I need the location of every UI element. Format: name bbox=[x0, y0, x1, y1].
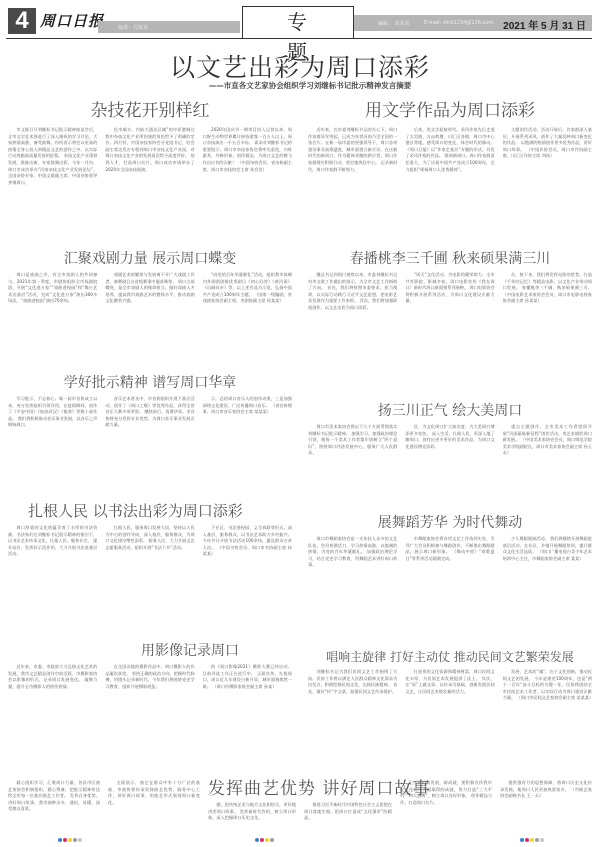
column-text: 示，总结周口音乐人的创作成果，三是加强网络文化建设，广泛传播周口音乐。 （省音协… bbox=[203, 396, 292, 416]
column-text: 继总书记到周口视察以来，市委刘继标书记对市文联工作做出的批示，为全市文艺工作指明… bbox=[308, 272, 397, 312]
registration-marks bbox=[255, 838, 274, 842]
reg-dot-magenta bbox=[260, 838, 264, 842]
column-text: 化市域水、内陆大通达区域”的中原港城过程中杂技文化产业所扮演的角色给予了明确的定… bbox=[105, 127, 194, 173]
column-text: “向党的百年华诞献礼”活动，组织我市体制内外剧团创排优秀剧目《初心问答》《黄河谣… bbox=[203, 272, 292, 305]
column-text: 办，接下来，我们将发挥电影的优势，打造《千年的记忆》等精品电影，以文化产业带动周… bbox=[503, 272, 592, 305]
article-column: 周口是戏曲之乡，有全市戏剧人的共同参与。2021年第一季度，市剧协组织全市戏剧院… bbox=[8, 272, 97, 360]
article-column: 的《周口影像2021》摄影大赛已经启动，目前评选工作正在进行中。 正面宣传，扎根… bbox=[203, 664, 292, 760]
article-title-block: 发挥曲艺优势 讲好周口故事 题，把传统艺术与地方文化相结合，更好地讲述周口故事。… bbox=[208, 780, 392, 842]
column-text: 音乐艺术普及中，市音协组织开展下基层活动，创作了《周口之歌》等优秀作品，获得全省… bbox=[105, 396, 194, 429]
article-column: 近年来，在市委刘继标书记的关心下，周口作家群异军突起，已成为享誉河南乃至全国的一… bbox=[308, 127, 397, 237]
column-text: 全面展示，曲艺在群众中有十分广泛的基础，市曲协要传承发扬曲艺优势，服务中心工作，… bbox=[108, 780, 200, 806]
article-column: 区，为文化周口扩大知名度，为大美周口增添更多亮色。 深入生活，扎根人民，更深入地… bbox=[405, 424, 494, 502]
article-column: 在全国各地的摄影作品中，周口摄影人的作品屡次获奖。 坚持正确的政治方向，把握时代… bbox=[105, 664, 194, 760]
article-title: 扬三川正气 绘大美周口 bbox=[308, 400, 592, 420]
column-text: 后来，用文学迎接时代。采风作家先后走进了太昊陵、万亩荷塘、川汇区各镇、周口市中心… bbox=[405, 127, 494, 173]
article-column: 音乐艺术普及中，市音协组织开展下基层活动，创作了《周口之歌》等优秀作品，获得全省… bbox=[105, 396, 194, 484]
reg-dot-light bbox=[540, 838, 544, 842]
article-title: 杂技花开别样红 bbox=[8, 96, 292, 121]
article-column: 重点主题创作，全市美术工作者组织开展“风雨砥砺新征程”创作活动，用艺术描绘周口新… bbox=[503, 424, 592, 502]
masthead-right-bar: 编辑 ：周某某 E-mail: zkrb1234@126.com 2021 年 … bbox=[354, 15, 592, 31]
article-column: 主题创作活动。活动开展后，作家群深入基层，开展系列采风，创作了大量反映周口新变化… bbox=[503, 127, 592, 237]
column-text: 重点主题创作，全市美术工作者组织开展“风雨砥砺新征程”创作活动，用艺术描绘周口新… bbox=[503, 424, 592, 457]
reg-dot-cyan bbox=[58, 838, 62, 842]
column-text: 市舞蹈家协会将各项文艺工作落到实处，引导广大会员积极参与舞蹈创作，不断推出舞蹈精… bbox=[405, 536, 494, 562]
article-column: 打造贵的文化资源和精神财富，周口民间文化丰厚，为民间艺术发展提供了沃土。 其次，… bbox=[405, 669, 494, 757]
article-column: 扎根人民，服务周口发展大局，坚持以人民为中心的创作导向，深入基层，服务群众，为周… bbox=[105, 525, 194, 621]
article-column: 周口厚重的文化底蕴孕育了丰厚的书法资源，书法家们在刘继标书记批示精神的指引下，以… bbox=[8, 525, 97, 621]
article-title: 展舞蹈芳华 为时代舞动 bbox=[308, 512, 592, 532]
article-fine-arts: 扬三川正气 绘大美周口 周口市美术家协会将以下几个方面贯彻落实刘继标书记批示精神… bbox=[308, 400, 592, 500]
article-column: 化市域水、内陆大通达区域”的中原港城过程中杂技文化产业所扮演的角色给予了明确的定… bbox=[105, 127, 194, 237]
column-text: 近年来，在市委刘继标书记的关心下，周口作家群异军突起，已成为享誉河南乃至全国的一… bbox=[308, 127, 397, 173]
article-column: 周口市舞蹈家协会是一支年轻人众多的文艺队伍，会员充满活力，学习热情高涨。以饱满的… bbox=[308, 536, 397, 630]
article-column: 后来，用文学迎接时代。采风作家先后走进了太昊陵、万亩荷塘、川汇区各镇、周口市中心… bbox=[405, 127, 494, 237]
article-photography: 用影像记录周口 近年来，市委、市政府大力弘扬文化艺术的发展，我市文艺精品创作空前… bbox=[8, 640, 292, 758]
column-text: 主题创作活动。活动开展后，作家群深入基层，开展系列采风，创作了大量反映周口新变化… bbox=[503, 127, 592, 160]
article-acrobatics: 杂技花开别样红 市文联召开刘继标书记批示精神座谈会后，全市文学艺术界进行了深入细… bbox=[8, 96, 292, 236]
article-column: 全面展示，曲艺在群众中有十分广泛的基础，市曲协要传承发扬曲艺优势，服务中心工作，… bbox=[108, 780, 200, 842]
article-column: 推进习近平新时代中国特色社会主义思想在周口落地生根，把周口打造成“文化强市”的精… bbox=[304, 802, 392, 842]
column-text: 推进习近平新时代中国特色社会主义思想在周口落地生根，把周口打造成“文化强市”的精… bbox=[304, 802, 392, 822]
column-text: “周天”文化活动，为电影的繁荣助力。全市共有影院、影城多家，周口电影宣传《我在周… bbox=[405, 272, 494, 305]
article-folk-performing-arts: 精心组织学习，汇聚周口力量，各县市区曲艺家协会积极组织，精心筹备，把批示精神传达… bbox=[8, 780, 592, 842]
reg-dot-cyan bbox=[255, 838, 259, 842]
article-folk-arts: 唱响主旋律 打好主动仗 推动民间文艺繁荣发展 刘继标书记为我们民间文艺工作指明了… bbox=[308, 648, 592, 758]
column-text: 2020年国庆节一期项目投入运营以来，周口野生动物世界累计接待游客一百万人以上。… bbox=[203, 127, 292, 173]
page-headline: 以文艺出彩为周口添彩 bbox=[0, 48, 600, 84]
article-column: 精心组织学习，汇聚周口力量，各县市区曲艺家协会积极组织，精心筹备，把批示精神传达… bbox=[8, 780, 100, 842]
section-label: 专题 bbox=[242, 6, 354, 38]
reg-dot-gray bbox=[73, 838, 77, 842]
article-column: “周天”文化活动，为电影的繁荣助力。全市共有影院、影城多家，周口电影宣传《我在周… bbox=[405, 272, 494, 380]
column-text: 周口是戏曲之乡，有全市戏剧人的共同参与。2021年第一季度，市剧协组织全市戏剧院… bbox=[8, 272, 97, 305]
reg-dot-yellow bbox=[68, 838, 72, 842]
reg-dot-gray bbox=[270, 838, 274, 842]
reg-dot-light bbox=[78, 838, 82, 842]
column-text: 少儿舞蹈展演活动。 我们将继续开展舞蹈进基层活动，在社区、乡镇开展舞蹈培训，提升… bbox=[503, 536, 592, 562]
article-title: 唱响主旋律 打好主动仗 推动民间文艺繁荣发展 bbox=[308, 648, 592, 665]
masthead-left-bar-text: 编委：周某某 bbox=[118, 24, 148, 31]
column-text: 发展，艺术的“魂”，在于文化创新，推动民间文艺的发展。 今年是建党100周年，也… bbox=[503, 669, 592, 702]
column-text: 周口厚重的文化底蕴孕育了丰厚的书法资源，书法家们在刘继标书记批示精神的指引下，以… bbox=[8, 525, 97, 558]
article-title: 汇聚戏剧力量 展示周口蝶变 bbox=[8, 248, 292, 268]
column-text: 刘继标书记为我们民间文艺工作指明了方向。民协工作将以满足人民群众精神文化需求为出… bbox=[308, 669, 397, 695]
column-text: 区，为文化周口扩大知名度，为大美周口增添更多亮色。 深入生活，扎根人民，更深入地… bbox=[405, 424, 494, 450]
column-text: 扎根人民，服务周口发展大局，坚持以人民为中心的创作导向，深入基层，服务群众，为周… bbox=[105, 525, 194, 551]
page-subheadline: ——市直各文艺家协会组织学习刘继标书记批示精神发言摘要 bbox=[0, 80, 600, 91]
article-column: 发展，艺术的“魂”，在于文化创新，推动民间文艺的发展。 今年是建党100周年，也… bbox=[503, 669, 592, 757]
article-music: 学好批示精神 谱写周口华章 学习批示，不忘初心。新一届市音协成立以来，充分发挥组… bbox=[8, 372, 292, 484]
article-column: 刘继标书记为我们民间文艺工作指明了方向。民协工作将以满足人民群众精神文化需求为出… bbox=[308, 669, 397, 757]
reg-dot-magenta bbox=[63, 838, 67, 842]
article-title: 扎根人民 以书法出彩为周口添彩 bbox=[8, 500, 292, 521]
article-title: 用文学作品为周口添彩 bbox=[308, 96, 592, 121]
article-column: 继总书记到周口视察以来，市委刘继标书记对市文联工作做出的批示，为全市文艺工作指明… bbox=[308, 272, 397, 380]
reg-dot-magenta bbox=[525, 838, 529, 842]
column-text: 周口市舞蹈家协会是一支年轻人众多的文艺队伍，会员充满活力，学习热情高涨。以饱满的… bbox=[308, 536, 397, 569]
article-film: 春播桃李三千圃 秋来硕果满三川 继总书记到周口视察以来，市委刘继标书记对市文联工… bbox=[308, 248, 592, 380]
column-text: 学习批示，不忘初心。新一届市音协成立以来，充分发挥组织引领作用，在疫情期间，创作… bbox=[8, 396, 97, 429]
article-column: “向党的百年华诞献礼”活动，组织我市体制内外剧团创排优秀剧目《初心问答》《黄河谣… bbox=[203, 272, 292, 360]
article-calligraphy: 扎根人民 以书法出彩为周口添彩 周口厚重的文化底蕴孕育了丰厚的书法资源，书法家们… bbox=[8, 500, 292, 620]
paper-logo: 周口日报 bbox=[40, 10, 104, 31]
article-column: 下社区、书法进校园、义写春联等形式，深入基层，服务群众，以书法艺术助力乡村振兴。… bbox=[203, 525, 292, 621]
article-column: 戏剧艺术的繁荣与发展离不开广大戏剧工作者，参赛剧目在省级赛事中屡获殊荣。 周口当… bbox=[105, 272, 194, 360]
registration-marks bbox=[520, 838, 544, 842]
column-text: 近年来，市委、市政府大力弘扬文化艺术的发展，我市文艺精品创作空前活跃，市摄影家协… bbox=[8, 664, 97, 690]
page-number: 4 bbox=[8, 8, 36, 34]
article-literature: 用文学作品为周口添彩 近年来，在市委刘继标书记的关心下，周口作家群异军突起，已成… bbox=[308, 96, 592, 236]
article-column: 少儿舞蹈展演活动。 我们将继续开展舞蹈进基层活动，在社区、乡镇开展舞蹈培训，提升… bbox=[503, 536, 592, 630]
editor-email: E-mail: zkrb1234@126.com bbox=[424, 20, 493, 26]
article-title: 用影像记录周口 bbox=[8, 640, 292, 660]
issue-date: 2021 年 5 月 31 日 bbox=[503, 17, 586, 32]
masthead-left-bar: 编委：周某某 bbox=[98, 21, 240, 33]
article-column: 近年来，市委、市政府大力弘扬文化艺术的发展，我市文艺精品创作空前活跃，市摄影家协… bbox=[8, 664, 97, 760]
article-drama: 汇聚戏剧力量 展示周口蝶变 周口是戏曲之乡，有全市戏剧人的共同参与。2021年第… bbox=[8, 248, 292, 360]
column-text: 提供强有力的思想保障，将周口历史文化传承发扬，使周口人民更加热爱家乡。 （市曲艺… bbox=[500, 780, 592, 800]
column-text: 市文联召开刘继标书记批示精神座谈会后，全市文学艺术界进行了深入细致的学习讨论，大… bbox=[8, 127, 97, 186]
column-text: 精心组织学习，汇聚周口力量，各县市区曲艺家协会积极组织，精心筹备，把批示精神传达… bbox=[8, 780, 100, 813]
article-column: 题，把传统艺术与地方文化相结合，更好地讲述周口故事。 发挥新时代作用，树立周口形… bbox=[208, 802, 296, 842]
editor-credit: 编辑 ：周某某 bbox=[378, 20, 410, 27]
registration-marks bbox=[58, 838, 82, 842]
reg-dot-yellow bbox=[530, 838, 534, 842]
column-text: 下社区、书法进校园、义写春联等形式，深入基层，服务群众，以书法艺术助力乡村振兴。… bbox=[203, 525, 292, 558]
article-title: 发挥曲艺优势 讲好周口故事 bbox=[208, 774, 430, 799]
masthead: 4 周口日报 编委：周某某 专题 编辑 ：周某某 E-mail: zkrb123… bbox=[0, 0, 600, 40]
reg-dot-cyan bbox=[520, 838, 524, 842]
column-text: 打造贵的文化资源和精神财富，周口民间文化丰厚，为民间艺术发展提供了沃土。 其次，… bbox=[405, 669, 494, 695]
column-text: 题，把传统艺术与地方文化相结合，更好地讲述周口故事。 发挥新时代作用，树立周口形… bbox=[208, 802, 296, 822]
article-column: 市舞蹈家协会将各项文艺工作落到实处，引导广大会员积极参与舞蹈创作，不断推出舞蹈精… bbox=[405, 536, 494, 630]
reg-dot-yellow bbox=[265, 838, 269, 842]
article-column: 2020年国庆节一期项目投入运营以来，周口野生动物世界累计接待游客一百万人以上。… bbox=[203, 127, 292, 237]
masthead-rule bbox=[6, 38, 592, 39]
article-title: 春播桃李三千圃 秋来硕果满三川 bbox=[308, 248, 592, 268]
article-column: 周口市美术家协会将以下几个方面贯彻落实刘继标书记批示精神。 加强学习，加强政治理… bbox=[308, 424, 397, 502]
article-column: 示，总结周口音乐人的创作成果，三是加强网络文化建设，广泛传播周口音乐。 （省音协… bbox=[203, 396, 292, 484]
reg-dot-gray bbox=[535, 838, 539, 842]
column-text: 周口市美术家协会将以下几个方面贯彻落实刘继标书记批示精神。 加强学习，加强政治理… bbox=[308, 424, 397, 457]
article-column: 办，接下来，我们将发挥电影的优势，打造《千年的记忆》等精品电影，以文化产业带动周… bbox=[503, 272, 592, 380]
article-column: 提供强有力的思想保障，将周口历史文化传承发扬，使周口人民更加热爱家乡。 （市曲艺… bbox=[500, 780, 592, 842]
article-dance: 展舞蹈芳华 为时代舞动 周口市舞蹈家协会是一支年轻人众多的文艺队伍，会员充满活力… bbox=[308, 512, 592, 630]
column-text: 戏剧艺术的繁荣与发展离不开广大戏剧工作者，参赛剧目在省级赛事中屡获殊荣。 周口当… bbox=[105, 272, 194, 305]
column-text: 的《周口影像2021》摄影大赛已经启动，目前评选工作正在进行中。 正面宣传，扎根… bbox=[203, 664, 292, 690]
article-column: 市文联召开刘继标书记批示精神座谈会后，全市文学艺术界进行了深入细致的学习讨论，大… bbox=[8, 127, 97, 237]
article-title: 学好批示精神 谱写周口华章 bbox=[8, 372, 292, 392]
column-text: 在全国各地的摄影作品中，周口摄影人的作品屡次获奖。 坚持正确的政治方向，把握时代… bbox=[105, 664, 194, 690]
article-column: 学习批示，不忘初心。新一届市音协成立以来，充分发挥组织引领作用，在疫情期间，创作… bbox=[8, 396, 97, 484]
